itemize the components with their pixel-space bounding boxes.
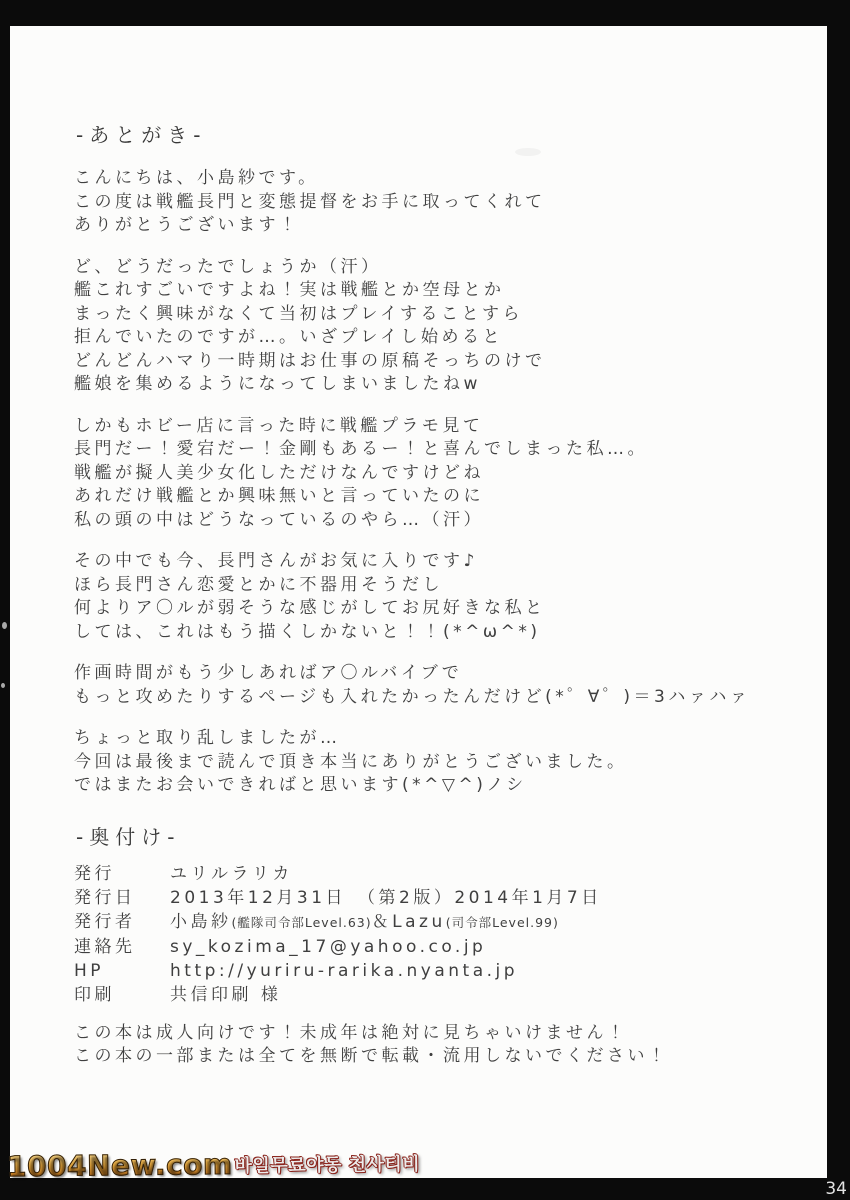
colophon-row-homepage: HP http://yuriru-rarika.nyanta.jp	[74, 959, 789, 983]
afterword-line: ありがとうございます！	[74, 214, 789, 238]
afterword-line: まったく興味がなくて当初はプレイすることすら	[74, 303, 789, 327]
scan-smudge	[515, 148, 541, 156]
afterword-paragraph: ちょっと取り乱しましたが… 今回は最後まで読んで頂き本当にありがとうございました…	[74, 727, 789, 798]
afterword-title: -あとがき-	[76, 120, 789, 150]
scan-speck	[2, 622, 7, 629]
afterword-line: 艦娘を集めるようになってしまいましたねw	[74, 373, 789, 397]
warning-line: この本は成人向けです！未成年は絶対に見ちゃいけません！	[74, 1022, 789, 1046]
contact-email: sy_kozima_17@yahoo.co.jp	[170, 935, 486, 959]
afterword-line: 戦艦が擬人美少女化しただけなんですけどね	[74, 462, 789, 486]
author-name: 小島紗	[170, 912, 232, 932]
colophon-value: 2013年12月31日 （第2版）2014年1月7日	[170, 886, 602, 910]
author-note: (司令部Level.99)	[446, 915, 559, 930]
colophon-row-printer: 印刷 共信印刷 様	[74, 983, 789, 1007]
colophon-title: -奥付け-	[76, 822, 789, 852]
afterword-line: ではまたお会いできればと思います(*^▽^)ノシ	[74, 774, 789, 798]
afterword-line: しかもホビー店に言った時に戦艦プラモ見て	[74, 415, 789, 439]
ampersand: ＆	[372, 912, 393, 932]
colophon-label: HP	[74, 959, 170, 983]
watermark-site-text: 1004New.com	[7, 1148, 233, 1183]
scanned-page-frame: -あとがき- こんにちは、小島紗です。 この度は戦艦長門と変態提督をお手に取って…	[0, 0, 850, 1200]
afterword-line: その中でも今、長門さんがお気に入りです♪	[74, 550, 789, 574]
colophon-value: ユリルラリカ	[170, 862, 293, 886]
afterword-line: ほら長門さん恋愛とかに不器用そうだし	[74, 574, 789, 598]
afterword-paragraph: その中でも今、長門さんがお気に入りです♪ ほら長門さん恋愛とかに不器用そうだし …	[74, 550, 789, 644]
colophon-value: 小島紗(艦隊司令部Level.63)＆Lazu(司令部Level.99)	[170, 910, 559, 935]
colophon-value: 共信印刷 様	[170, 983, 281, 1007]
afterword-line: 拒んでいたのですが…。いざプレイし始めると	[74, 326, 789, 350]
afterword-line: こんにちは、小島紗です。	[74, 167, 789, 191]
afterword-line: しては、これはもう描くしかないと！！(*^ω^*)	[74, 621, 789, 645]
afterword-line: この度は戦艦長門と変態提督をお手に取ってくれて	[74, 191, 789, 215]
colophon-row-contact: 連絡先 sy_kozima_17@yahoo.co.jp	[74, 935, 789, 959]
colophon-label: 発行	[74, 862, 170, 886]
homepage-url: http://yuriru-rarika.nyanta.jp	[170, 959, 518, 983]
afterword-line: ど、どうだったでしょうか（汗）	[74, 256, 789, 280]
author-name: Lazu	[392, 912, 446, 932]
page-number: 34	[825, 1179, 847, 1199]
colophon-label: 発行者	[74, 910, 170, 935]
adult-warning: この本は成人向けです！未成年は絶対に見ちゃいけません！ この本の一部または全てを…	[74, 1022, 789, 1069]
watermark-tagline-text: 바일무료야동 천사티비	[234, 1149, 420, 1177]
colophon-row-publisher: 発行 ユリルラリカ	[74, 862, 789, 886]
afterword-line: 今回は最後まで読んで頂き本当にありがとうございました。	[74, 751, 789, 775]
warning-line: この本の一部または全てを無断で転載・流用しないでください！	[74, 1045, 789, 1069]
afterword-line: 作画時間がもう少しあればア〇ルバイブで	[74, 662, 789, 686]
afterword-line: 長門だー！愛宕だー！金剛もあるー！と喜んでしまった私…。	[74, 438, 789, 462]
author-note: (艦隊司令部Level.63)	[232, 915, 372, 930]
colophon-row-authors: 発行者 小島紗(艦隊司令部Level.63)＆Lazu(司令部Level.99)	[74, 910, 789, 935]
afterword-line: あれだけ戦艦とか興味無いと言っていたのに	[74, 485, 789, 509]
page-content: -あとがき- こんにちは、小島紗です。 この度は戦艦長門と変態提督をお手に取って…	[10, 26, 827, 1178]
afterword-line: 艦これすごいですよね！実は戦艦とか空母とか	[74, 279, 789, 303]
afterword-paragraph: しかもホビー店に言った時に戦艦プラモ見て 長門だー！愛宕だー！金剛もあるー！と喜…	[74, 415, 789, 533]
afterword-line: 私の頭の中はどうなっているのやら…（汗）	[74, 509, 789, 533]
afterword-line: もっと攻めたりするページも入れたかったんだけど(*゜∀゜)＝3ハァハァ	[74, 686, 789, 710]
afterword-paragraph: こんにちは、小島紗です。 この度は戦艦長門と変態提督をお手に取ってくれて ありが…	[74, 167, 789, 238]
afterword-line: ちょっと取り乱しましたが…	[74, 727, 789, 751]
afterword-line: 何よりア〇ルが弱そうな感じがしてお尻好きな私と	[74, 597, 789, 621]
colophon-label: 印刷	[74, 983, 170, 1007]
colophon: 発行 ユリルラリカ 発行日 2013年12月31日 （第2版）2014年1月7日…	[74, 862, 789, 1007]
colophon-label: 発行日	[74, 886, 170, 910]
afterword-line: どんどんハマり一時期はお仕事の原稿そっちのけで	[74, 350, 789, 374]
colophon-row-publish-date: 発行日 2013年12月31日 （第2版）2014年1月7日	[74, 886, 789, 910]
watermark: 1004New.com 바일무료야동 천사티비	[7, 1146, 421, 1183]
afterword-paragraph: 作画時間がもう少しあればア〇ルバイブで もっと攻めたりするページも入れたかったん…	[74, 662, 789, 709]
colophon-label: 連絡先	[74, 935, 170, 959]
scan-speck	[1, 683, 5, 688]
afterword-paragraph: ど、どうだったでしょうか（汗） 艦これすごいですよね！実は戦艦とか空母とか まっ…	[74, 256, 789, 397]
